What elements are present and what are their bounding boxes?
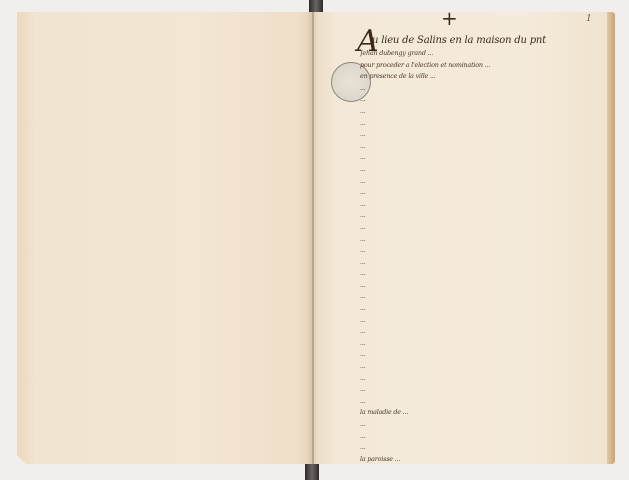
manuscript-line: ... xyxy=(360,303,600,315)
manuscript-line: ... xyxy=(360,326,600,338)
manuscript-line: ... xyxy=(360,106,600,118)
manuscript-line: ... xyxy=(360,373,600,385)
manuscript-line: ... xyxy=(360,338,600,350)
manuscript-line: ... xyxy=(360,83,600,95)
manuscript-line: ... xyxy=(360,245,600,257)
folio-number: 1 xyxy=(586,14,592,24)
manuscript-line: ... xyxy=(360,361,600,373)
gutter-fold xyxy=(312,12,314,464)
manuscript-line: la paroisse ... xyxy=(360,454,600,466)
manuscript-line: ... xyxy=(360,384,600,396)
manuscript-line: ... xyxy=(360,268,600,280)
manuscript-line: ... xyxy=(360,152,600,164)
manuscript-line: la maladie de ... xyxy=(360,407,600,419)
manuscript-line: ... xyxy=(360,431,600,443)
manuscript-line: ... xyxy=(360,349,600,361)
manuscript-line: ... xyxy=(360,187,600,199)
manuscript-line: ... xyxy=(360,257,600,269)
manuscript-line: ... xyxy=(360,419,600,431)
manuscript-line: ... xyxy=(360,210,600,222)
manuscript-line: ... xyxy=(360,280,600,292)
manuscript-line: ... xyxy=(360,291,600,303)
handwritten-text: u lieu de Salins en la maison du pntJeha… xyxy=(360,34,600,465)
manuscript-line: ... xyxy=(360,118,600,130)
manuscript-line: ... xyxy=(360,234,600,246)
manuscript-line: ... xyxy=(360,141,600,153)
left-page-blank xyxy=(17,12,313,464)
header-cross-mark: + xyxy=(441,8,458,28)
binding-clip-top xyxy=(309,0,323,12)
right-page-edge xyxy=(607,12,615,464)
binding-clip-bottom xyxy=(305,464,319,480)
manuscript-line: ... xyxy=(360,442,600,454)
manuscript-line: u lieu de Salins en la maison du pnt xyxy=(372,34,600,48)
manuscript-line: ... xyxy=(360,176,600,188)
manuscript-line: ... xyxy=(360,222,600,234)
manuscript-line: ... xyxy=(360,164,600,176)
manuscript-line: ... xyxy=(360,396,600,408)
manuscript-spread: + 1 A u lieu de Salins en la maison du p… xyxy=(0,0,629,480)
manuscript-line: ... xyxy=(360,315,600,327)
manuscript-line: pour proceder a l'election et nomination… xyxy=(360,60,600,72)
manuscript-line: Jehan dubengy grand ... xyxy=(360,48,600,60)
manuscript-line: ... xyxy=(360,94,600,106)
manuscript-line: ... xyxy=(360,129,600,141)
manuscript-line: en presence de la ville ... xyxy=(360,71,600,83)
manuscript-line: ... xyxy=(360,199,600,211)
